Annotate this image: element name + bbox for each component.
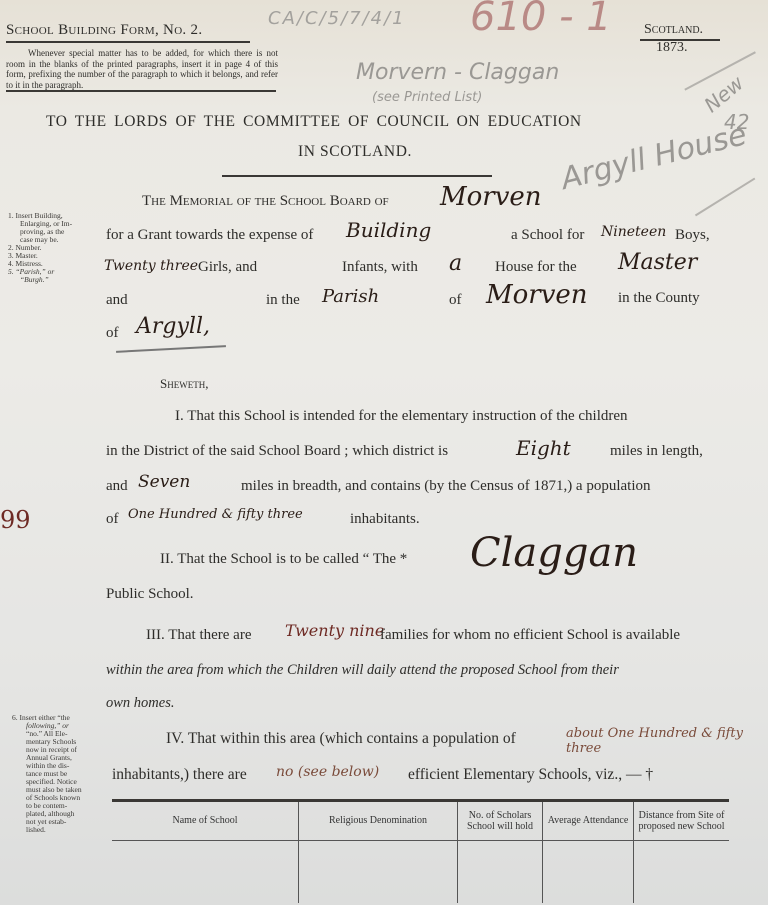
fill-parish-type[interactable]: Parish: [322, 286, 379, 307]
pencil-stroke-right: [695, 178, 755, 216]
margin-note-6: 6. Insert either “the following,” or “no…: [12, 714, 104, 834]
address-title-line2: IN SCOTLAND.: [298, 143, 412, 161]
school-for-label: a School for: [511, 227, 584, 244]
memorial-label: The Memorial of the School Board of: [142, 193, 389, 209]
pencil-argyll-house: Argyll House: [558, 117, 751, 197]
inhabitants-label: inhabitants.: [350, 511, 420, 528]
form-instruction: Whenever special matter has to be added,…: [6, 48, 278, 90]
para1-line1: I. That this School is intended for the …: [175, 408, 628, 425]
cell-name-of-school[interactable]: [112, 840, 299, 903]
col-scholars-capacity: No. of Scholars School will hold: [458, 802, 543, 840]
instruction-rule: [6, 90, 276, 92]
form-title: School Building Form, No. 2.: [6, 22, 202, 39]
para2-line1: II. That the School is to be called “ Th…: [160, 551, 407, 568]
para3-label: III. That there are: [146, 627, 252, 644]
fill-county[interactable]: Argyll,: [136, 314, 210, 339]
cell-average-attendance[interactable]: [543, 840, 634, 903]
para2-line2: Public School.: [106, 586, 194, 603]
col-name-of-school: Name of School: [112, 802, 299, 840]
cell-scholars-capacity[interactable]: [458, 840, 543, 903]
fill-works-type[interactable]: Building: [346, 218, 431, 242]
fill-parish-name[interactable]: Morven: [486, 280, 588, 310]
form-title-rule: [6, 41, 250, 43]
fill-area-population[interactable]: about One Hundred & fifty three: [566, 726, 768, 756]
para3-line3: own homes.: [106, 695, 174, 712]
girls-label: Girls, and: [198, 259, 257, 276]
para4-line1: IV. That within this area (which contain…: [166, 730, 516, 748]
fill-house[interactable]: a: [449, 251, 462, 276]
fill-girls-number[interactable]: Twenty three: [104, 258, 198, 274]
fill-families-count[interactable]: Twenty nine: [285, 621, 384, 640]
col-average-attendance: Average Attendance: [543, 802, 634, 840]
in-the-label: in the: [266, 292, 300, 309]
fill-population-1871[interactable]: One Hundred & fifty three: [128, 507, 303, 522]
archive-reference: CA/C/5/7/4/1: [268, 8, 406, 29]
infants-label: Infants, with: [342, 259, 418, 276]
fill-master[interactable]: Master: [618, 250, 697, 275]
cell-religious-denomination[interactable]: [299, 840, 458, 903]
fill-existing-schools[interactable]: no (see below): [276, 764, 379, 780]
para1-line2: in the District of the said School Board…: [106, 443, 448, 460]
region-label: Scotland.: [644, 22, 703, 38]
memorial-intro: The Memorial of the School Board of: [142, 193, 389, 210]
grant-line: for a Grant towards the expense of: [106, 227, 313, 244]
boys-label: Boys,: [675, 227, 710, 244]
sheweth-label: Sheweth,: [160, 376, 208, 392]
col-distance-from-site: Distance from Site of proposed new Schoo…: [634, 802, 730, 840]
miles-length-label: miles in length,: [610, 443, 703, 460]
para1-of-label: of: [106, 511, 119, 528]
margin-red-number: 99: [0, 506, 31, 534]
county-label: in the County: [618, 290, 700, 307]
para3-line1: families for whom no efficient School is…: [380, 627, 680, 644]
para1-line3: miles in breadth, and contains (by the C…: [241, 478, 651, 495]
cell-distance-from-site[interactable]: [634, 840, 730, 903]
fill-school-board[interactable]: Morven: [440, 182, 542, 212]
address-title-line1: TO THE LORDS OF THE COMMITTEE OF COUNCIL…: [46, 113, 582, 131]
red-reference-number: 610 - 1: [470, 0, 612, 40]
pencil-see-printed-list: (see Printed List): [372, 90, 482, 105]
fill-boys-number[interactable]: Nineteen: [601, 224, 666, 240]
margin-note-1-5: 1. Insert Building, Enlarging, or Im- pr…: [8, 212, 100, 284]
col-religious-denomination: Religious Denomination: [299, 802, 458, 840]
fill-district-breadth[interactable]: Seven: [138, 472, 190, 492]
fill-school-name[interactable]: Claggan: [470, 530, 638, 576]
and-label: and: [106, 292, 128, 309]
para3-line2: within the area from which the Children …: [106, 662, 619, 679]
table-row: [112, 840, 729, 903]
county-underline: [116, 345, 226, 353]
para4-line2: inhabitants,) there are: [112, 766, 247, 784]
of-label: of: [449, 292, 462, 309]
of-county-label: of: [106, 325, 119, 342]
margin-note-line: lished.: [12, 826, 104, 834]
pencil-school-title: Morvern - Claggan: [356, 60, 559, 85]
fill-district-length[interactable]: Eight: [516, 436, 571, 460]
form-year: 1873.: [656, 40, 688, 56]
house-label: House for the: [495, 259, 577, 276]
schools-table: Name of School Religious Denomination No…: [112, 802, 729, 903]
margin-note-line: “Burgh.”: [8, 276, 100, 284]
para1-and-label: and: [106, 478, 128, 495]
table-header-row: Name of School Religious Denomination No…: [112, 802, 729, 840]
title-rule: [222, 175, 492, 177]
para4-line2b: efficient Elementary Schools, viz., — †: [408, 766, 653, 784]
